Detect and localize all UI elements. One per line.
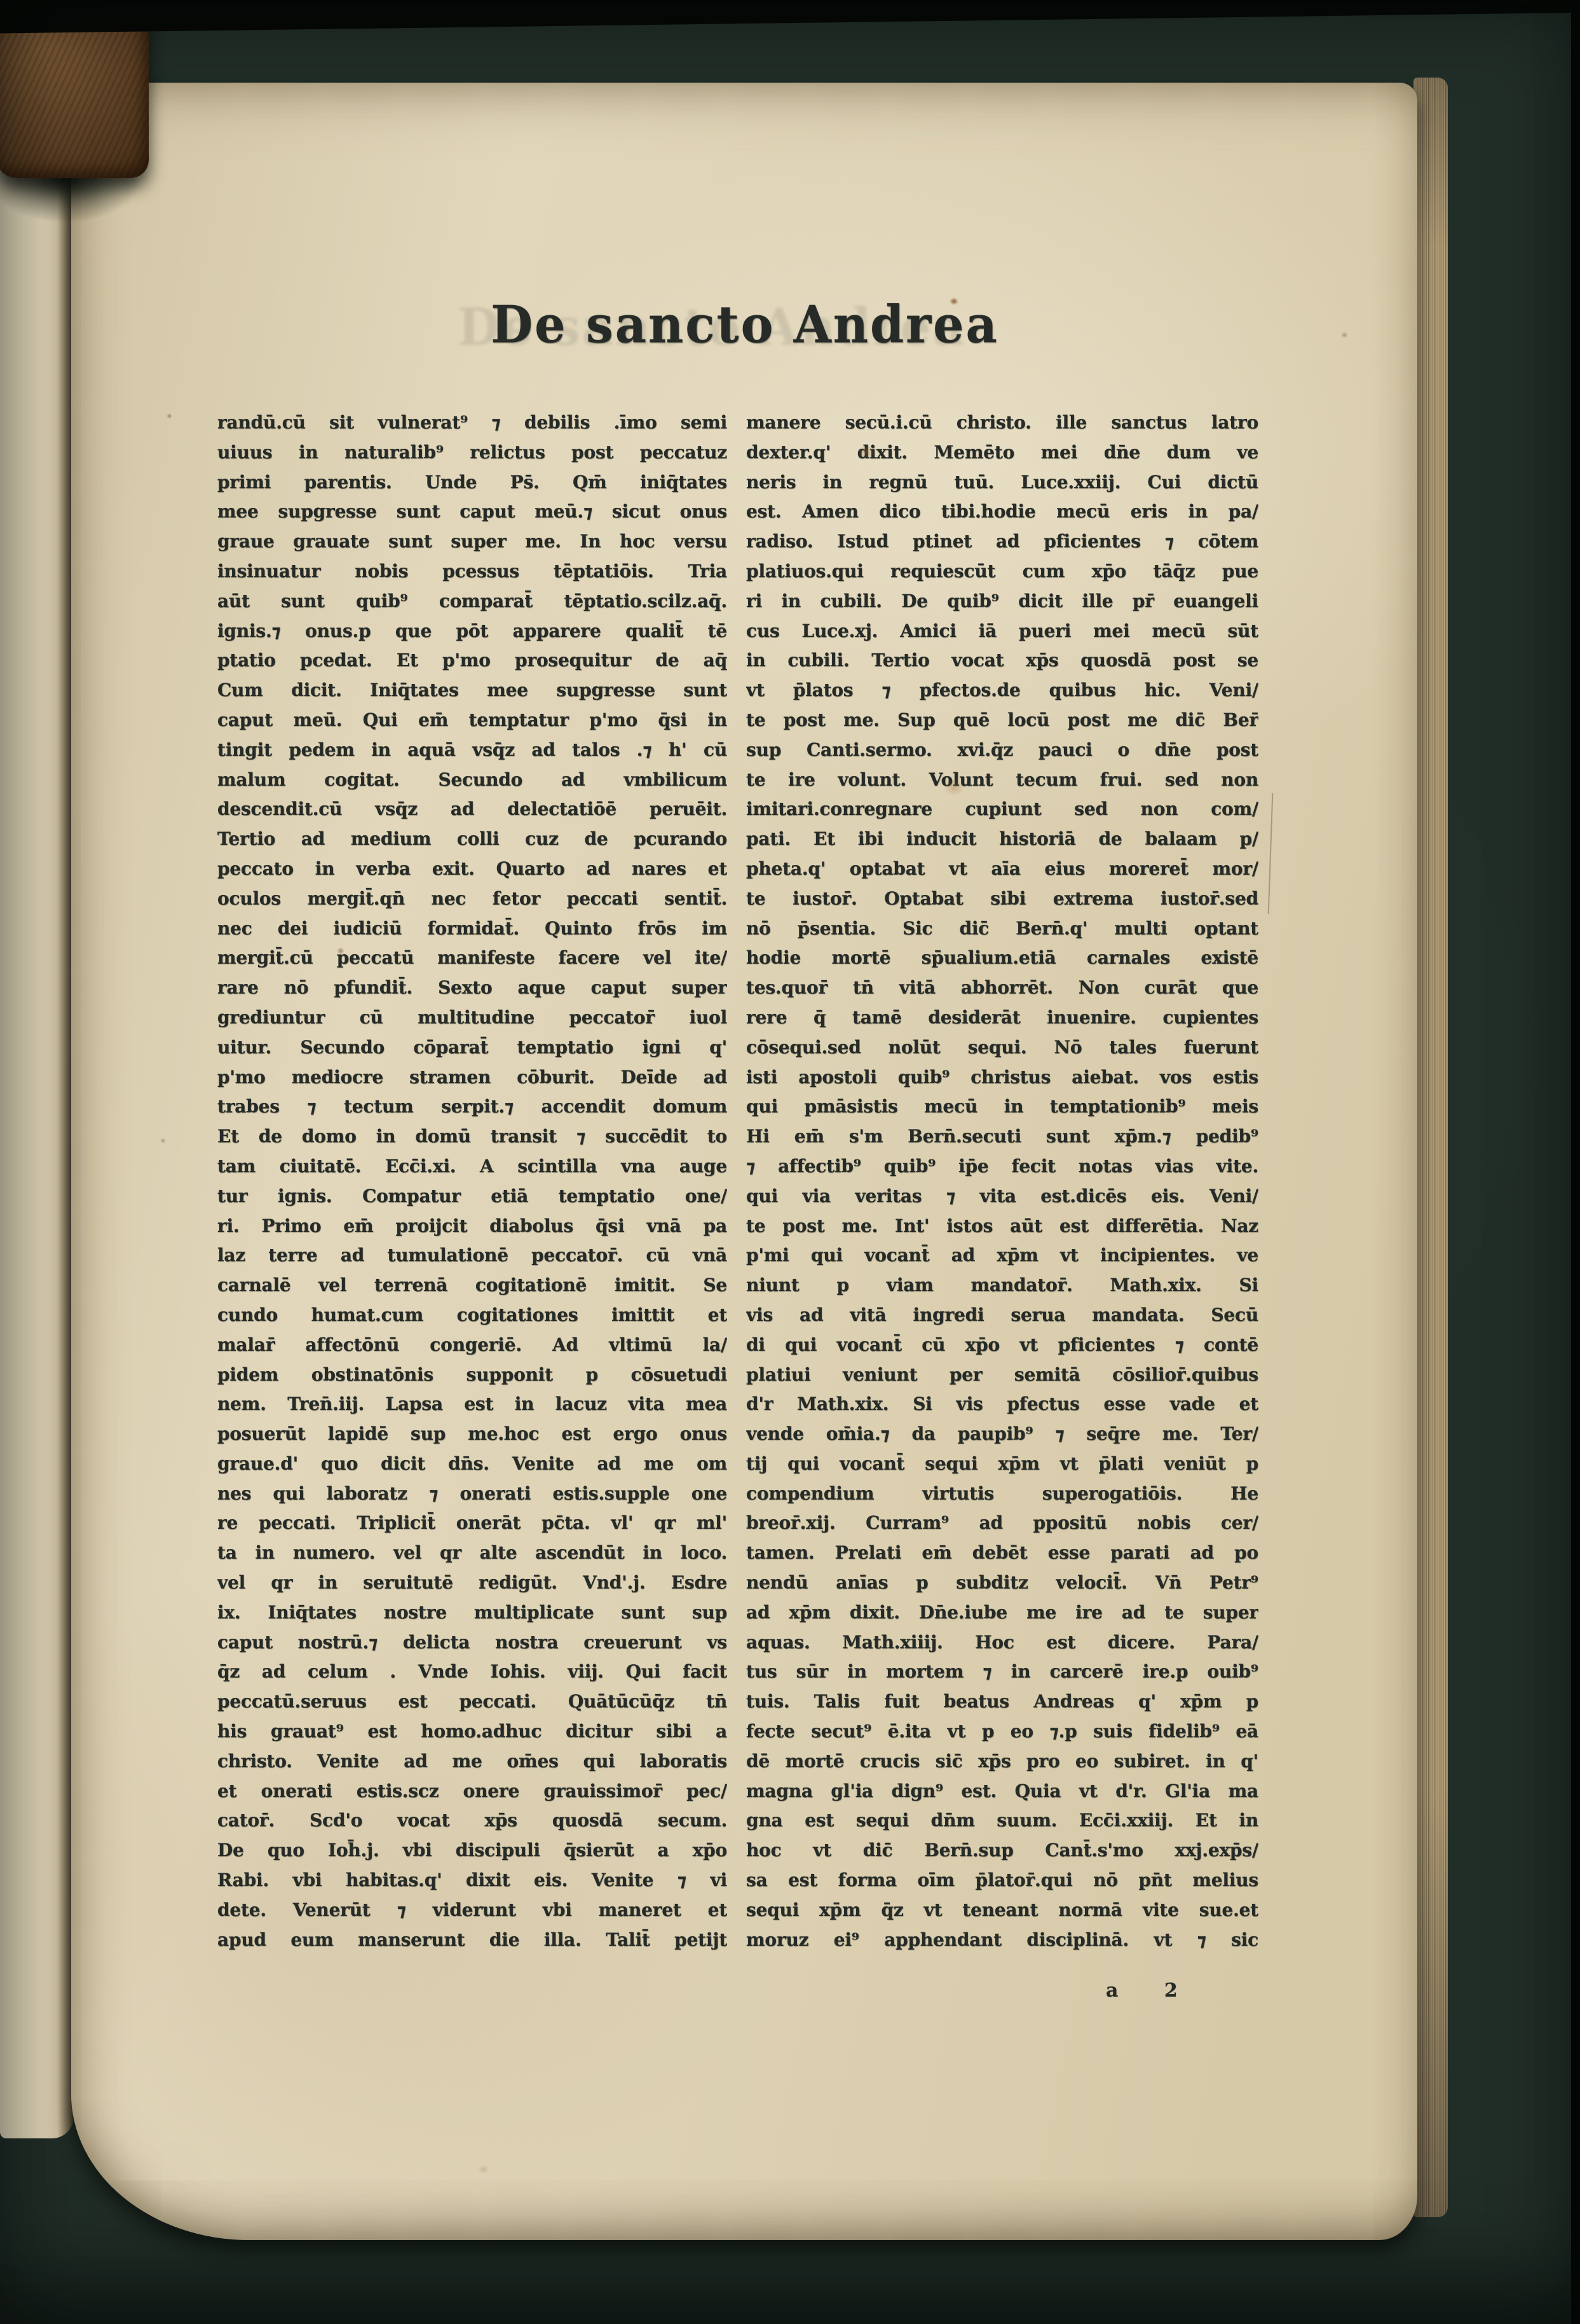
text-line: Cum dicit. Iniq̄tates mee supgresse sunt — [217, 676, 727, 706]
text-line: malar̄ affectōnū congeriē. Ad vltimū la/ — [217, 1330, 727, 1360]
text-line: De quo Ioh̄.j. vbi discipuli q̄sierūt a … — [217, 1836, 727, 1866]
text-line: tingit pedem in aquā vsq̄z ad talos .⁊ h… — [217, 735, 727, 765]
text-line: ⁊ affectib⁹ quib⁹ ip̄e fecit notas vias … — [746, 1152, 1258, 1182]
text-line: christo. Venite ad me om̄es qui laborati… — [217, 1747, 727, 1777]
text-line: tamen. Prelati em̄ debēt esse parati ad … — [746, 1538, 1258, 1568]
right-black-strip — [1571, 0, 1580, 2324]
text-line: vis ad vitā ingredi serua mandata. Secū — [746, 1301, 1258, 1330]
text-line: niunt p viam mandator̄. Math.xix. Si — [746, 1271, 1258, 1301]
text-line: manere secū.i.cū christo. ille sanctus l… — [746, 408, 1258, 438]
text-line: platiui veniunt per semitā cōsilior̄.qui… — [746, 1360, 1258, 1390]
text-line: nec dei iudiciū formidat̄. Quinto frōs i… — [217, 914, 727, 944]
text-line: cator̄. Scd'o vocat xp̄s quosdā secum. — [217, 1806, 727, 1836]
leather-binding-corner — [0, 8, 149, 178]
text-line: vende om̄ia.⁊ da paupib⁹ ⁊ seq̄re me. Te… — [746, 1419, 1258, 1449]
text-line: neris in regnū tuū. Luce.xxiij. Cui dict… — [746, 468, 1258, 498]
text-line: dete. Venerūt ⁊ viderunt vbi maneret et — [217, 1896, 727, 1925]
text-line: mee supgresse sunt caput meū.⁊ sicut onu… — [217, 497, 727, 527]
text-line: tus sūr in mortem ⁊ in carcerē ire.p oui… — [746, 1657, 1258, 1687]
text-line: tam ciuitatē. Ecc̄i.xi. A scintilla vna … — [217, 1152, 727, 1182]
text-line: te ire volunt. Volunt tecum frui. sed no… — [746, 765, 1258, 795]
text-line: primi parentis. Unde Ps̄. Qm̄ iniq̄tates — [217, 468, 727, 498]
text-line: platiuos.qui requiescūt cum xp̄o tāq̄z p… — [746, 557, 1258, 587]
text-line: tuis. Talis fuit beatus Andreas q' xp̄m … — [746, 1687, 1258, 1717]
text-line: ignis.⁊ onus.p que pōt apparere qualit̄ … — [217, 617, 727, 646]
text-line: ix. Iniq̄tates nostre multiplicate sunt … — [217, 1598, 727, 1628]
text-line: tes.quor̄ tn̄ vitā abhorrēt. Non curāt q… — [746, 973, 1258, 1003]
text-line: gna est sequi dn̄m suum. Ecc̄i.xxiij. Et… — [746, 1806, 1258, 1836]
text-line: carnalē vel terrenā cogitationē imitit. … — [217, 1271, 727, 1301]
book-page: De sancto Andrea De sancto Andrea randū.… — [71, 83, 1417, 2240]
text-line: ptatio pcedat. Et p'mo prosequitur de aq… — [217, 646, 727, 676]
text-line: graue.d' quo dicit dn̄s. Venite ad me om — [217, 1449, 727, 1479]
text-column-right: manere secū.i.cū christo. ille sanctus l… — [746, 408, 1258, 1955]
text-line: aquas. Math.xiiij. Hoc est dicere. Para/ — [746, 1628, 1258, 1658]
text-line: d'r Math.xix. Si vis pfectus esse vade e… — [746, 1390, 1258, 1419]
ink-speck — [167, 413, 172, 419]
text-line: nes qui laboratz ⁊ onerati estis.supple … — [217, 1479, 727, 1509]
text-line: cundo humat.cum cogitationes imittit et — [217, 1301, 727, 1330]
text-line: randū.cū sit vulnerat⁹ ⁊ debilis .īmo se… — [217, 408, 727, 438]
paper-crease — [1268, 793, 1274, 914]
text-line: posuerūt lapidē sup me.hoc est ergo onus — [217, 1419, 727, 1449]
text-line: laz terre ad tumulationē peccator̄. cū v… — [217, 1241, 727, 1271]
ink-speck — [160, 1138, 166, 1144]
text-line: cōsequi.sed nolūt sequi. Nō tales fuerun… — [746, 1033, 1258, 1063]
text-line: peccatū.seruus est peccati. Quātūcūq̄z t… — [217, 1687, 727, 1717]
fore-edge-page-stack — [1413, 78, 1448, 2217]
text-line: rare nō pfundit̄. Sexto aque caput super — [217, 973, 727, 1003]
book-photograph: De sancto Andrea De sancto Andrea randū.… — [0, 0, 1580, 2324]
text-line: radiso. Istud ptinet ad pficientes ⁊ cōt… — [746, 527, 1258, 557]
text-line: apud eum manserunt die illa. Talit̄ peti… — [217, 1925, 727, 1955]
text-line: compendium virtutis superogatiōis. He — [746, 1479, 1258, 1509]
text-line: ri. Primo em̄ proijcit diabolus q̄si vnā… — [217, 1212, 727, 1241]
fox-spot — [478, 2165, 489, 2174]
text-line: qui via veritas ⁊ vita est.dicēs eis. Ve… — [746, 1182, 1258, 1212]
text-line: nō p̄sentia. Sic dic̄ Bern̄.q' multi opt… — [746, 914, 1258, 944]
text-line: fecte secut⁹ ē.ita vt p eo ⁊.p suis fide… — [746, 1717, 1258, 1747]
text-line: et onerati estis.scz onere grauissimor̄ … — [217, 1777, 727, 1807]
text-line: pidem obstinatōnis supponit p cōsuetudi — [217, 1360, 727, 1390]
text-line: uiuus in naturalib⁹ relictus post peccat… — [217, 438, 727, 468]
text-line: imitari.conregnare cupiunt sed non com/ — [746, 795, 1258, 824]
text-line: ri in cubili. De quib⁹ dicit ille pr̄ eu… — [746, 587, 1258, 617]
text-line: hodie mortē sp̄ualium.etiā carnales exis… — [746, 943, 1258, 973]
text-line: peccato in verba exit. Quarto ad nares e… — [217, 854, 727, 884]
text-line: rere q̄ tamē desiderāt inuenire. cupient… — [746, 1003, 1258, 1033]
text-line: est. Amen dico tibi.hodie mecū eris in p… — [746, 497, 1258, 527]
text-line: mergit̄.cū peccatū manifeste facere vel … — [217, 943, 727, 973]
text-line: moruz ei⁹ apphendant disciplinā. vt ⁊ si… — [746, 1925, 1258, 1955]
text-line: oculos mergit̄.qn̄ nec fetor peccati sen… — [217, 884, 727, 914]
text-line: di qui vocant̄ cū xp̄o vt pficientes ⁊ c… — [746, 1330, 1258, 1360]
page-title: De sancto Andrea — [472, 294, 1018, 354]
text-line: tur ignis. Compatur etiā temptatio one/ — [217, 1182, 727, 1212]
text-line: graue grauate sunt super me. In hoc vers… — [217, 527, 727, 557]
text-line: trabes ⁊ tectum serpit.⁊ accendit domum — [217, 1092, 727, 1122]
text-line: magna gl'ia dign⁹ est. Quia vt d'r. Gl'i… — [746, 1777, 1258, 1807]
text-line: vel qr in seruitutē redigūt. Vnd'.j. Esd… — [217, 1568, 727, 1598]
text-line: sa est forma oīm p̄lator̄.qui nō pn̄t me… — [746, 1866, 1258, 1896]
text-line: te iustor̄. Optabat sibi extrema iustor̄… — [746, 884, 1258, 914]
text-line: Hi em̄ s'm Bern̄.secuti sunt xp̄m.⁊ pedi… — [746, 1122, 1258, 1152]
text-line: re peccati. Triplicit̄ onerāt pc̄ta. vl'… — [217, 1508, 727, 1538]
text-line: descendit.cū vsq̄z ad delectatiōē peruēi… — [217, 795, 727, 824]
text-line: in cubili. Tertio vocat xp̄s quosdā post… — [746, 646, 1258, 676]
text-line: uitur. Secundo cōparat̄ temptatio igni q… — [217, 1033, 727, 1063]
text-line: ta in numero. vel qr alte ascendūt in lo… — [217, 1538, 727, 1568]
text-line: sup Canti.sermo. xvi.q̄z pauci o dn̄e po… — [746, 735, 1258, 765]
fox-spot — [1341, 332, 1348, 338]
text-line: grediuntur cū multitudine peccator̄ iuol — [217, 1003, 727, 1033]
text-line: qui pmāsistis mecū in temptationib⁹ meis — [746, 1092, 1258, 1122]
text-line: caput meū. Qui em̄ temptatur p'mo q̄si i… — [217, 706, 727, 735]
text-line: p'mo mediocre stramen cōburit. Deīde ad — [217, 1063, 727, 1093]
text-line: nem. Tren̄.iij. Lapsa est in lacuz vita … — [217, 1390, 727, 1419]
text-line: malum cogitat. Secundo ad vmbilicum — [217, 765, 727, 795]
text-line: Rabi. vbi habitas.q' dixit eis. Venite ⁊… — [217, 1866, 727, 1896]
text-line: hoc vt dic̄ Bern̄.sup Cant̄.s'mo xxj.exp… — [746, 1836, 1258, 1866]
text-line: dē mortē crucis sic̄ xp̄s pro eo subiret… — [746, 1747, 1258, 1777]
text-line: isti apostoli quib⁹ christus aiebat. vos… — [746, 1063, 1258, 1093]
text-line: Et de domo in domū transit ⁊ succēdit to — [217, 1122, 727, 1152]
text-line: his grauat⁹ est homo.adhuc dicitur sibi … — [217, 1717, 727, 1747]
text-line: q̄z ad celum . Vnde Iohis. viij. Qui fac… — [217, 1657, 727, 1687]
text-line: pheta.q' optabat vt aīa eius moreret̄ mo… — [746, 854, 1258, 884]
text-line: pati. Et ibi inducit historiā de balaam … — [746, 824, 1258, 854]
text-line: nendū anīas p subditz velocit̄. Vn̄ Petr… — [746, 1568, 1258, 1598]
text-line: Tertio ad medium colli cuz de pcurando — [217, 824, 727, 854]
text-line: insinuatur nobis pcessus tēptatiōis. Tri… — [217, 557, 727, 587]
underlying-leaf-edge — [0, 160, 74, 2138]
text-line: p'mi qui vocant̄ ad xp̄m vt incipientes.… — [746, 1241, 1258, 1271]
text-line: aūt sunt quib⁹ comparat̄ tēptatio.scilz.… — [217, 587, 727, 617]
text-line: vt p̄latos ⁊ pfectos.de quibus hic. Veni… — [746, 676, 1258, 706]
text-column-left: randū.cū sit vulnerat⁹ ⁊ debilis .īmo se… — [217, 408, 727, 1955]
text-line: sequi xp̄m q̄z vt teneant normā vite sue… — [746, 1896, 1258, 1925]
text-line: te post me. Int' istos aūt est differēti… — [746, 1212, 1258, 1241]
text-line: cus Luce.xj. Amici iā pueri mei mecū sūt — [746, 617, 1258, 646]
text-line: dexter.q' dixit. Memēto mei dn̄e dum ve — [746, 438, 1258, 468]
text-line: breor̄.xij. Curram⁹ ad ppositū nobis cer… — [746, 1508, 1258, 1538]
text-line: tij qui vocant̄ sequi xp̄m vt p̄lati ven… — [746, 1449, 1258, 1479]
text-line: caput nostrū.⁊ delicta nostra creuerunt … — [217, 1628, 727, 1658]
text-line: ad xp̄m dixit. Dn̄e.iube me ire ad te su… — [746, 1598, 1258, 1628]
signature-mark: a 2 — [1106, 1979, 1271, 2002]
text-line: te post me. Sup quē locū post me dic̄ Be… — [746, 706, 1258, 735]
